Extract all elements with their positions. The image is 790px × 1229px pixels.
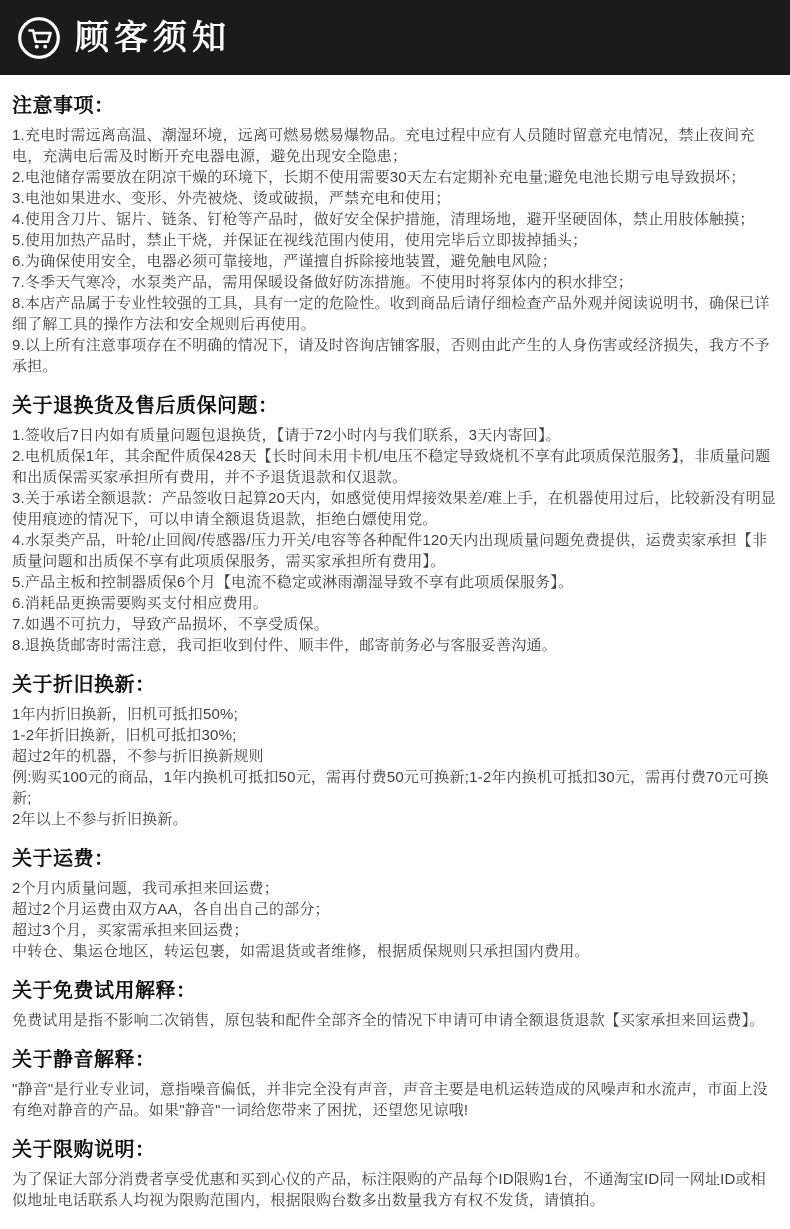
section-items: 免费试用是指不影响二次销售，原包装和配件全部齐全的情况下申请可申请全额退货退款【… <box>12 1010 778 1031</box>
notice-content: 注意事项： 1.充电时需远离高温、潮湿环境，远离可燃易燃易爆物品。充电过程中应有… <box>0 75 790 1229</box>
section-items: 2个月内质量问题，我司承担来回运费；超过2个月运费由双方AA，各自出自己的部分；… <box>12 878 778 962</box>
section-heading-trade-in: 关于折旧换新： <box>12 672 778 698</box>
notice-item: 6.为确保使用安全，电器必须可靠接地，严谨擅自拆除接地装置，避免触电风险； <box>12 251 778 272</box>
notice-item: 1-2年折旧换新，旧机可抵扣30%; <box>12 725 778 746</box>
notice-item: 7.冬季天气寒冷，水泵类产品，需用保暖设备做好防冻措施。不使用时将泵体内的积水排… <box>12 272 778 293</box>
section-items: 1年内折旧换新，旧机可抵扣50%;1-2年折旧换新，旧机可抵扣30%;超过2年的… <box>12 704 778 830</box>
notice-item: 超过2个月运费由双方AA，各自出自己的部分； <box>12 899 778 920</box>
notice-section-free-trial: 关于免费试用解释： 免费试用是指不影响二次销售，原包装和配件全部齐全的情况下申请… <box>12 978 778 1031</box>
notice-item: 2年以上不参与折旧换新。 <box>12 809 778 830</box>
notice-item: 7.如遇不可抗力，导致产品损坏，不享受质保。 <box>12 614 778 635</box>
notice-item: 2.电机质保1年，其余配件质保428天【长时间未用卡机/电压不稳定导致烧机不享有… <box>12 446 778 488</box>
notice-item: 4.水泵类产品，叶轮/止回阀/传感器/压力开关/电容等各种配件120天内出现质量… <box>12 530 778 572</box>
notice-item: 6.消耗品更换需要购买支付相应费用。 <box>12 593 778 614</box>
notice-item: 例:购买100元的商品，1年内换机可抵扣50元，需再付费50元可换新;1-2年内… <box>12 767 778 809</box>
section-heading-silence: 关于静音解释： <box>12 1047 778 1073</box>
notice-item: 9.以上所有注意事项存在不明确的情况下，请及时咨询店铺客服，否则由此产生的人身伤… <box>12 335 778 377</box>
notice-section-silence: 关于静音解释： "静音"是行业专业词，意指噪音偏低，并非完全没有声音，声音主要是… <box>12 1047 778 1121</box>
section-heading-free-trial: 关于免费试用解释： <box>12 978 778 1004</box>
notice-item: 2.电池储存需要放在阴凉干燥的环境下，长期不使用需要30天左右定期补充电量;避免… <box>12 167 778 188</box>
notice-item: 1.充电时需远离高温、潮湿环境，远离可燃易燃易爆物品。充电过程中应有人员随时留意… <box>12 125 778 167</box>
notice-item: 5.产品主板和控制器质保6个月【电流不稳定或淋雨潮湿导致不享有此项质保服务】。 <box>12 572 778 593</box>
section-heading-returns-warranty: 关于退换货及售后质保问题： <box>12 393 778 419</box>
notice-item: 中转仓、集运仓地区，转运包裹，如需退货或者维修，根据质保规则只承担国内费用。 <box>12 941 778 962</box>
notice-section-trade-in: 关于折旧换新： 1年内折旧换新，旧机可抵扣50%;1-2年折旧换新，旧机可抵扣3… <box>12 672 778 830</box>
notice-item: 3.电池如果进水、变形、外壳被烧、烫或破损，严禁充电和使用； <box>12 188 778 209</box>
notice-item: 5.使用加热产品时，禁止干烧，并保证在视线范围内使用，使用完毕后立即拔掉插头； <box>12 230 778 251</box>
notice-item: 4.使用含刀片、锯片、链条、钉枪等产品时，做好安全保护措施，清理场地，避开坚硬固… <box>12 209 778 230</box>
shopping-cart-icon <box>17 16 61 60</box>
notice-item: 2个月内质量问题，我司承担来回运费； <box>12 878 778 899</box>
section-items: 1.签收后7日内如有质量问题包退换货，【请于72小时内与我们联系，3天内寄回】。… <box>12 425 778 656</box>
notice-item: 1年内折旧换新，旧机可抵扣50%; <box>12 704 778 725</box>
notice-item: "静音"是行业专业词，意指噪音偏低，并非完全没有声音，声音主要是电机运转造成的风… <box>12 1079 778 1121</box>
notice-item: 免费试用是指不影响二次销售，原包装和配件全部齐全的情况下申请可申请全额退货退款【… <box>12 1010 778 1031</box>
store-logo <box>17 16 61 60</box>
section-items: 为了保证大部分消费者享受优惠和买到心仪的产品，标注限购的产品每个ID限购1台，不… <box>12 1169 778 1211</box>
header-bar: 顾客须知 <box>0 0 790 75</box>
section-heading-precautions: 注意事项： <box>12 93 778 119</box>
notice-section-returns-warranty: 关于退换货及售后质保问题： 1.签收后7日内如有质量问题包退换货，【请于72小时… <box>12 393 778 656</box>
page-title: 顾客须知 <box>75 21 231 55</box>
notice-section-purchase-limit: 关于限购说明： 为了保证大部分消费者享受优惠和买到心仪的产品，标注限购的产品每个… <box>12 1137 778 1211</box>
notice-item: 8.退换货邮寄时需注意，我司拒收到付件、顺丰件，邮寄前务必与客服妥善沟通。 <box>12 635 778 656</box>
section-heading-purchase-limit: 关于限购说明： <box>12 1137 778 1163</box>
notice-section-precautions: 注意事项： 1.充电时需远离高温、潮湿环境，远离可燃易燃易爆物品。充电过程中应有… <box>12 93 778 377</box>
notice-section-shipping: 关于运费： 2个月内质量问题，我司承担来回运费；超过2个月运费由双方AA，各自出… <box>12 846 778 962</box>
section-items: 1.充电时需远离高温、潮湿环境，远离可燃易燃易爆物品。充电过程中应有人员随时留意… <box>12 125 778 377</box>
notice-item: 为了保证大部分消费者享受优惠和买到心仪的产品，标注限购的产品每个ID限购1台，不… <box>12 1169 778 1211</box>
notice-item: 8.本店产品属于专业性较强的工具，具有一定的危险性。收到商品后请仔细检查产品外观… <box>12 293 778 335</box>
notice-item: 超过2年的机器，不参与折旧换新规则 <box>12 746 778 767</box>
section-items: "静音"是行业专业词，意指噪音偏低，并非完全没有声音，声音主要是电机运转造成的风… <box>12 1079 778 1121</box>
section-heading-shipping: 关于运费： <box>12 846 778 872</box>
notice-item: 1.签收后7日内如有质量问题包退换货，【请于72小时内与我们联系，3天内寄回】。 <box>12 425 778 446</box>
notice-item: 3.关于承诺全额退款：产品签收日起算20天内，如感觉使用焊接效果差/难上手，在机… <box>12 488 778 530</box>
notice-item: 超过3个月，买家需承担来回运费； <box>12 920 778 941</box>
